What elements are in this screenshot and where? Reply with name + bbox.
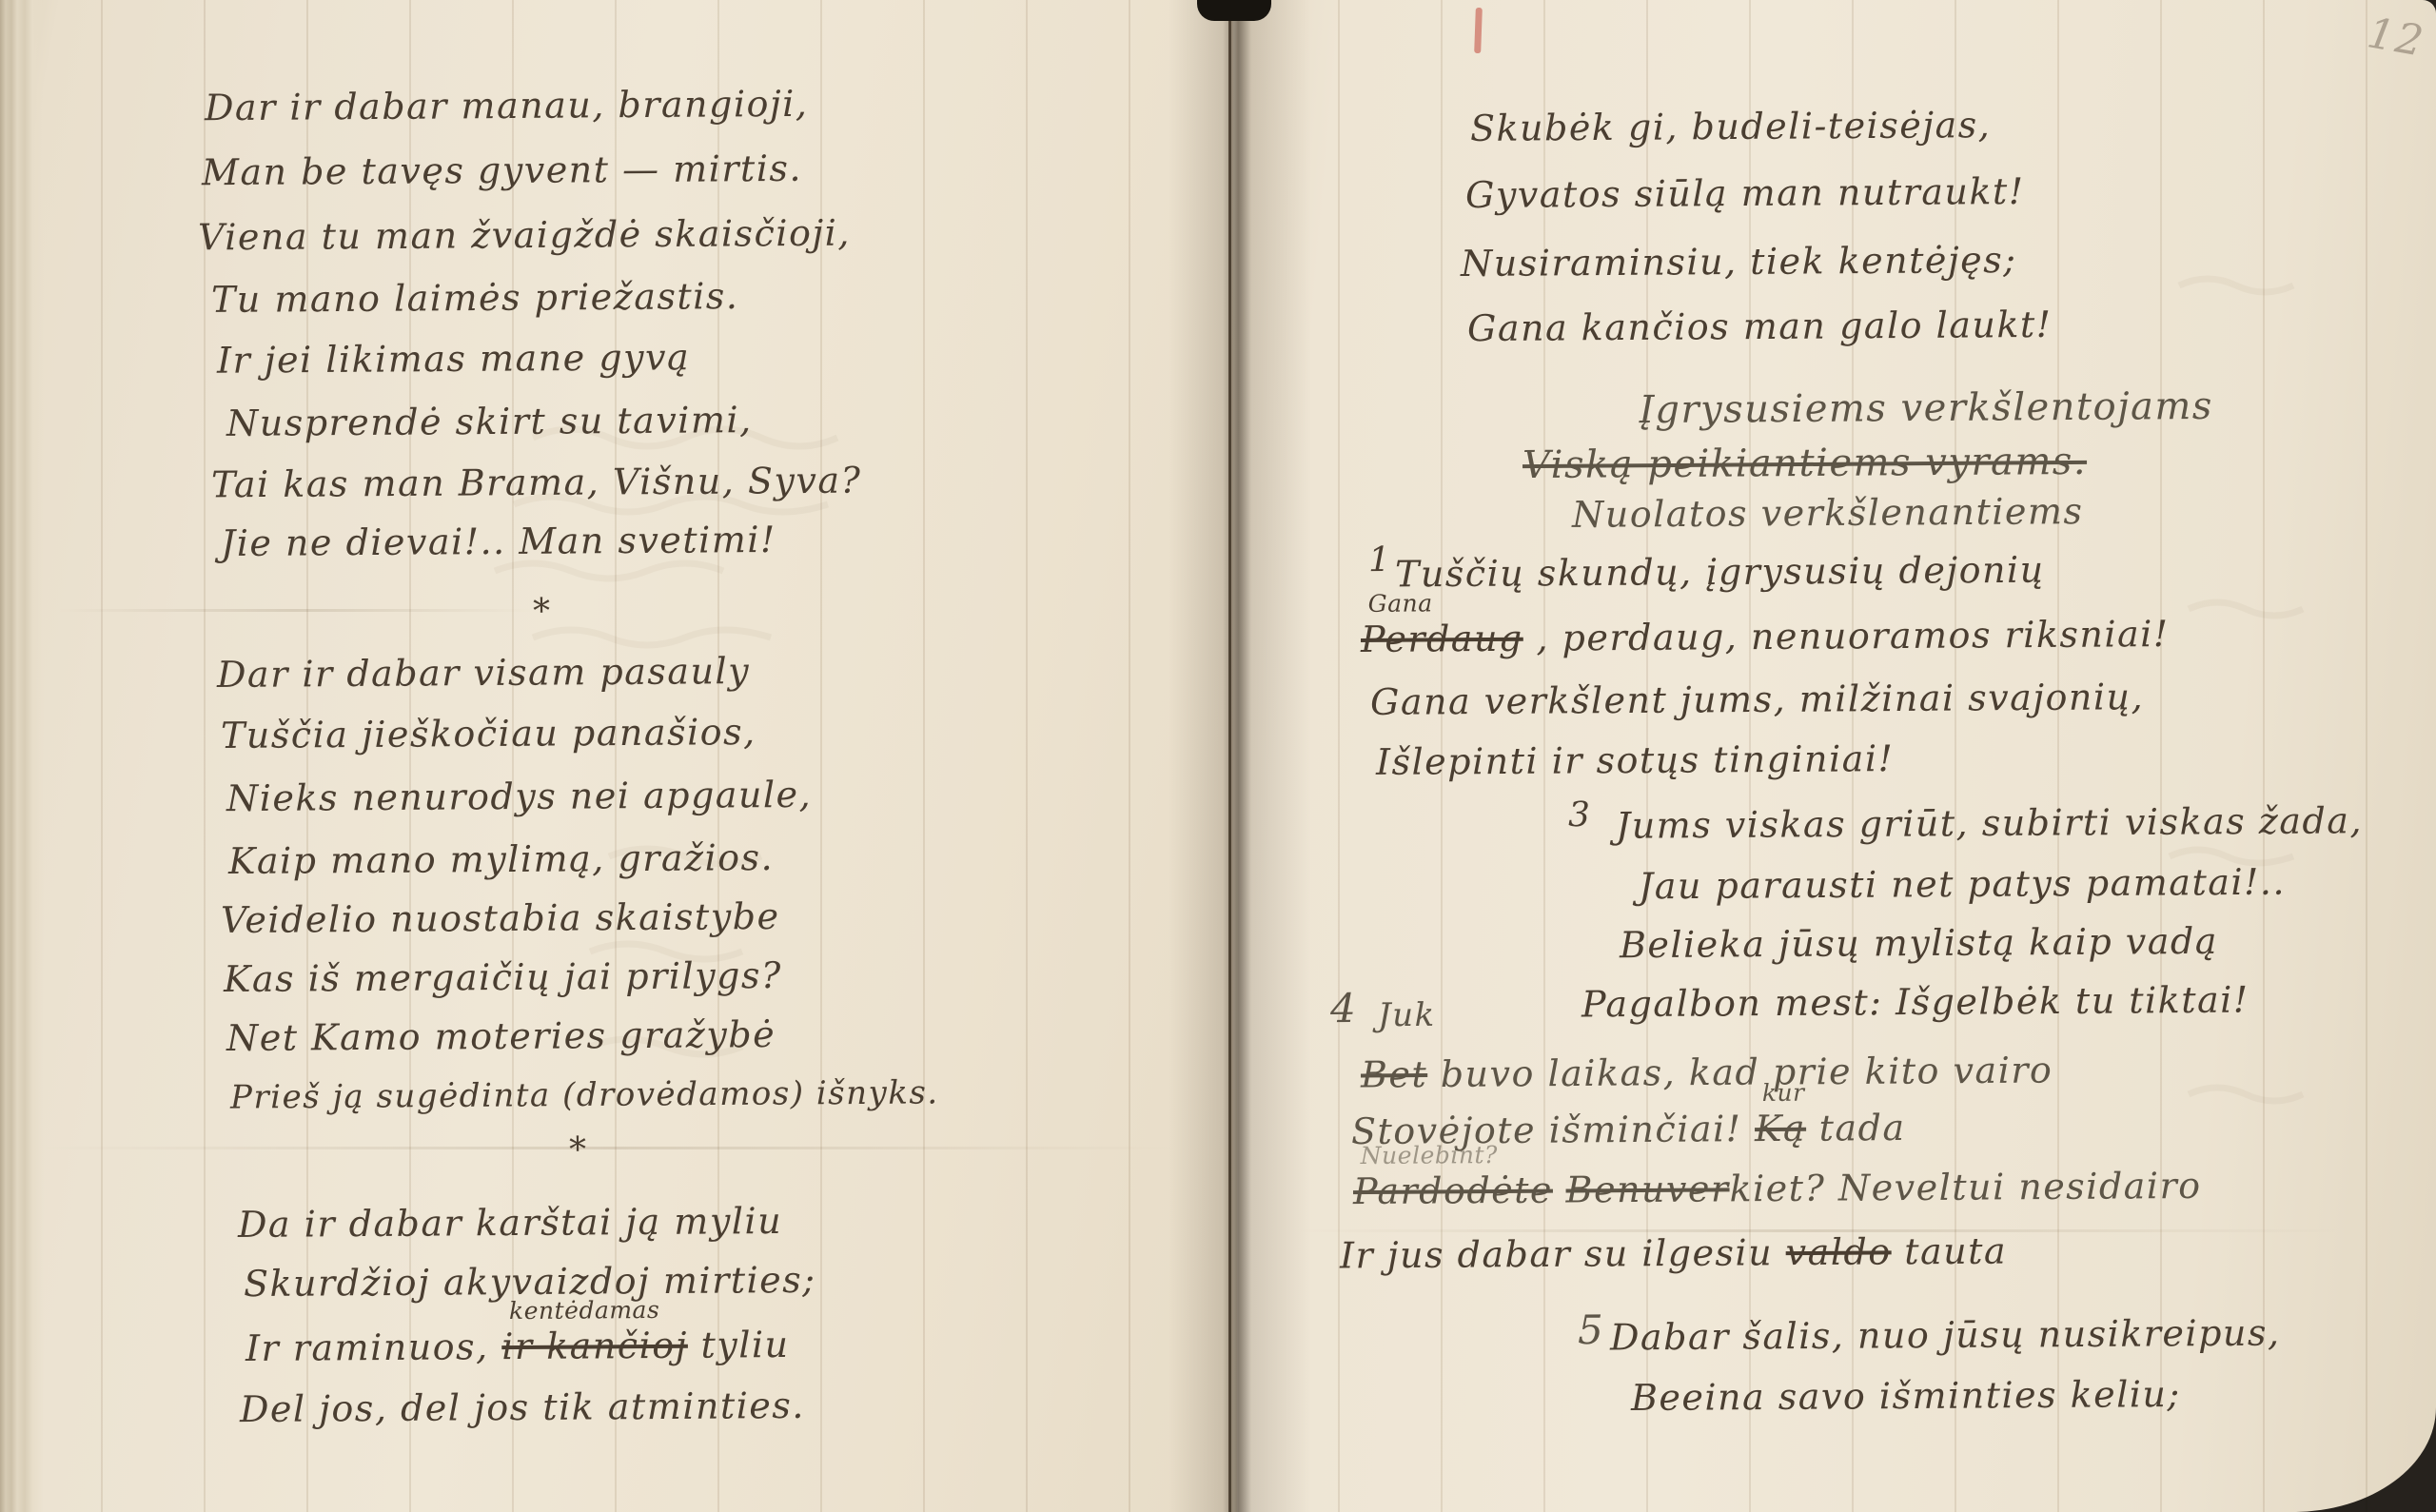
poem-line: Nusiraminsiu, tiek kentėjęs; bbox=[1461, 238, 2017, 287]
inserted-word: kur bbox=[1762, 1078, 1805, 1109]
poem-line: Nusprendė skirt su tavimi, bbox=[226, 398, 753, 446]
poem-line: Kas iš mergaičių jai prilygs? bbox=[224, 953, 782, 1003]
poem-line-with-edit: Gana Perdaug , perdaug, nenuoramos riksn… bbox=[1361, 612, 2170, 662]
struck-segment-wrap: Nuelebint?Pardodėte bbox=[1353, 1168, 1553, 1215]
poem-line: Dar ir dabar visam pasauly bbox=[217, 649, 750, 697]
poem-line: Man be tavęs gyvent — mirtis. bbox=[202, 147, 802, 196]
line-segment: kiet? Neveltui nesidairo bbox=[1729, 1165, 2201, 1209]
poem-line: Dabar šalis, nuo jūsų nusikreipus, bbox=[1610, 1311, 2281, 1361]
paper-crease bbox=[57, 609, 533, 612]
line-segment: tyliu bbox=[700, 1324, 789, 1366]
struck-segment-wrap: kentėdamas ir kančioj bbox=[501, 1324, 688, 1370]
poem-line: Skubėk gi, budeli-teisėjas, bbox=[1470, 103, 1992, 151]
struck-segment-wrap: kurKą bbox=[1755, 1107, 1806, 1152]
poem-line-with-edit: Ir jus dabar su ilgesiu valdo tauta bbox=[1340, 1229, 2007, 1279]
poem-line: Jau parausti net patys pamatai!.. bbox=[1639, 860, 2286, 910]
manuscript-scan: { "page_number": "12", "language": "Lith… bbox=[0, 0, 2436, 1512]
inserted-word-faint: Nuelebint? bbox=[1361, 1140, 1498, 1170]
line-segment: buvo laikas, kad prie kito vairo bbox=[1427, 1049, 2053, 1095]
poem-title-line: Įgrysusiems verkšlentojams bbox=[1639, 383, 2213, 434]
poem-line: Nieks nenurodys nei apgaule, bbox=[226, 773, 813, 822]
poem-line: Gana verkšlent jums, milžinai svajonių, bbox=[1370, 675, 2144, 725]
poem-line: Tai kas man Brama, Višnu, Syva? bbox=[211, 459, 862, 508]
poem-line: Gyvatos siūlą man nutraukt! bbox=[1465, 169, 2025, 219]
poem-line: Tu mano laimės priežastis. bbox=[211, 274, 739, 323]
poem-line: Kaip mano mylimą, gražios. bbox=[228, 835, 774, 885]
inserted-margin-word: Juk bbox=[1378, 995, 1436, 1036]
poem-line: Jums viskas griūt, subirti viskas žada, bbox=[1616, 798, 2363, 849]
line-segment: tauta bbox=[1892, 1230, 2008, 1273]
poem-line: Veidelio nuostabia skaistybe bbox=[221, 894, 780, 944]
poem-line: Dar ir dabar manau, brangioji, bbox=[205, 82, 809, 131]
poem-title-line-struck: Viską peikiantiems vyrams. bbox=[1522, 438, 2087, 489]
struck-words: ir kančioj bbox=[501, 1325, 688, 1367]
poem-line: Prieš ją sugėdinta (drovėdamos) išnyks. bbox=[230, 1072, 939, 1118]
stanza-number: 1 bbox=[1368, 539, 1392, 581]
inserted-word: Gana bbox=[1368, 588, 1433, 619]
poem-line: Pagalbon mest: Išgelbėk tu tiktai! bbox=[1581, 978, 2249, 1028]
binding-top-shadow bbox=[1197, 0, 1271, 21]
poem-line: Jie ne dievai!.. Man svetimi! bbox=[221, 518, 776, 567]
struck-words: Perdaug bbox=[1361, 618, 1523, 660]
poem-line: Gana kančios man galo laukt! bbox=[1467, 303, 2053, 352]
poem-line: Ir jei likimas mane gyvą bbox=[217, 335, 690, 383]
line-segment: Ir jus dabar su ilgesiu bbox=[1340, 1231, 1786, 1276]
inserted-word: kentėdamas bbox=[509, 1295, 659, 1325]
struck-words: Pardodėte bbox=[1353, 1169, 1553, 1212]
stanza-separator: * bbox=[569, 1129, 588, 1171]
stanza-number: 5 bbox=[1578, 1306, 1605, 1356]
poem-line-with-edit: Ir raminuos, kentėdamas ir kančioj tyliu bbox=[246, 1323, 790, 1371]
page-number: 12 bbox=[2364, 9, 2428, 67]
paper-crease bbox=[38, 1147, 1180, 1149]
struck-words: Benuver bbox=[1565, 1168, 1729, 1210]
poem-title-line: Nuolatos verkšlenantiems bbox=[1572, 489, 2084, 538]
poem-line: Viena tu man žvaigždė skaisčioji, bbox=[198, 211, 851, 261]
poem-line: Da ir dabar karštai ją myliu bbox=[238, 1199, 782, 1247]
poem-line: Del jos, del jos tik atminties. bbox=[240, 1384, 805, 1433]
stanza-number: 4 bbox=[1330, 984, 1358, 1034]
struck-words: Bet bbox=[1361, 1053, 1427, 1095]
page-stack-edge bbox=[0, 0, 44, 1512]
struck-segment-wrap: Gana Perdaug bbox=[1361, 617, 1523, 663]
struck-words: valdo bbox=[1786, 1230, 1892, 1273]
poem-line: Beeina savo išminties keliu; bbox=[1631, 1372, 2181, 1422]
poem-line: Belieka jūsų mylistą kaip vadą bbox=[1620, 919, 2218, 969]
binding-fold-line bbox=[1228, 0, 1231, 1512]
stanza-separator: * bbox=[533, 590, 552, 633]
poem-line: Tuščia jieškočiau panašios, bbox=[221, 710, 756, 758]
line-segment: , perdaug, nenuoramos riksniai! bbox=[1536, 613, 2170, 659]
poem-line: Net Kamo moteries gražybė bbox=[226, 1012, 776, 1062]
poem-line-with-edit: Nuelebint?Pardodėte Benuverkiet? Neveltu… bbox=[1353, 1164, 2202, 1215]
line-segment: Ir raminuos, bbox=[246, 1325, 489, 1369]
poem-line-with-edit: Bet buvo laikas, kad prie kito vairo bbox=[1361, 1048, 2053, 1098]
poem-line: Išlepinti ir sotųs tinginiai! bbox=[1376, 736, 1895, 785]
line-segment: tada bbox=[1806, 1107, 1906, 1149]
poem-line: Tuščių skundų, įgrysusių dejonių bbox=[1395, 548, 2045, 598]
struck-words: Ką bbox=[1755, 1108, 1806, 1149]
stanza-number: 3 bbox=[1568, 794, 1592, 836]
